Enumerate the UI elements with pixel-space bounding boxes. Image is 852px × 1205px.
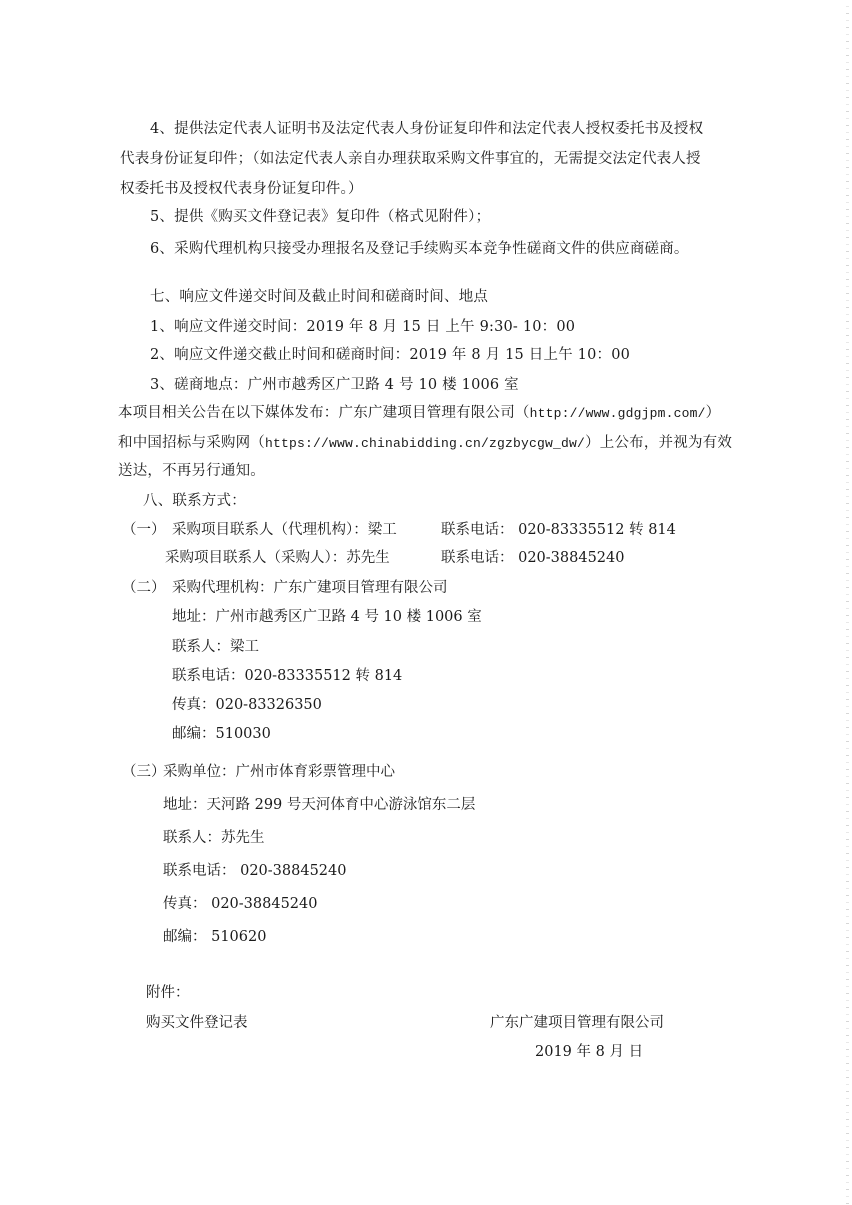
section-8-title: 八、联系方式：: [143, 492, 246, 510]
agency-contact: 联系人：梁工: [172, 638, 259, 656]
item-4-line-2: 代表身份证复印件；（如法定代表人亲自办理获取采购文件事宜的，无需提交法定代表人授: [120, 150, 701, 168]
agency-postcode: 邮编：510030: [172, 725, 271, 743]
group-2-label: （二）: [122, 579, 166, 597]
section-7-title: 七、响应文件递交时间及截止时间和磋商时间、地点: [150, 288, 488, 306]
section-7-item-3: 3、磋商地点：广州市越秀区广卫路 4 号 10 楼 1006 室: [150, 376, 519, 394]
gdgjpm-url-link[interactable]: http://www.gdgjpm.com/: [530, 406, 706, 421]
buyer-unit-fax: 传真： 020-38845240: [163, 895, 318, 913]
agency-address: 地址：广州市越秀区广卫路 4 号 10 楼 1006 室: [172, 608, 482, 626]
agency-title: 采购代理机构：广东广建项目管理有限公司: [172, 579, 448, 597]
agency-phone: 联系电话：020-83335512 转 814: [172, 667, 402, 685]
buyer-unit-phone: 联系电话： 020-38845240: [163, 862, 347, 880]
issuer-name: 广东广建项目管理有限公司: [490, 1014, 664, 1032]
item-6: 6、采购代理机构只接受办理报名及登记手续购买本竞争性磋商文件的供应商磋商。: [150, 240, 689, 258]
publication-line-3: 送达，不再另行通知。: [118, 462, 265, 480]
agency-fax: 传真：020-83326350: [172, 696, 322, 714]
buyer-contact: 采购项目联系人（采购人）：苏先生: [165, 549, 390, 567]
group-3-label: （三）: [122, 763, 166, 781]
scan-edge-artifact: [846, 0, 849, 1205]
publication-line-2: 和中国招标与采购网（https://www.chinabidding.cn/zg…: [118, 434, 732, 453]
item-5: 5、提供《购买文件登记表》复印件（格式见附件）；: [150, 208, 490, 226]
buyer-unit-contact: 联系人：苏先生: [163, 829, 265, 847]
buyer-phone: 联系电话： 020-38845240: [441, 549, 625, 567]
agent-phone: 联系电话： 020-83335512 转 814: [441, 521, 676, 539]
publication-line-2-text: 和中国招标与采购网（: [118, 435, 265, 451]
publication-line-1-text: 本项目相关公告在以下媒体发布：广东广建项目管理有限公司（: [118, 405, 530, 421]
section-7-item-1: 1、响应文件递交时间：2019 年 8 月 15 日 上午 9:30- 10：0…: [150, 318, 575, 336]
document-page: 4、提供法定代表人证明书及法定代表人身份证复印件和法定代表人授权委托书及授权 代…: [0, 0, 852, 1205]
section-7-item-2: 2、响应文件递交截止时间和磋商时间：2019 年 8 月 15 日上午 10：0…: [150, 346, 630, 364]
issue-date: 2019 年 8 月 日: [535, 1043, 643, 1061]
publication-line-2-end: ）上公布，并视为有效: [585, 435, 732, 451]
chinabidding-url-link[interactable]: https://www.chinabidding.cn/zgzbycgw_dw/: [265, 436, 585, 451]
buyer-unit-address: 地址：天河路 299 号天河体育中心游泳馆东二层: [163, 796, 475, 814]
attachment-label: 附件：: [146, 984, 190, 1002]
buyer-unit-title: 采购单位：广州市体育彩票管理中心: [163, 763, 395, 781]
buyer-unit-postcode: 邮编： 510620: [163, 928, 266, 946]
publication-line-1: 本项目相关公告在以下媒体发布：广东广建项目管理有限公司（http://www.g…: [118, 404, 720, 423]
item-4-line-3: 权委托书及授权代表身份证复印件。）: [120, 180, 363, 198]
group-1-label: （一）: [122, 521, 166, 539]
item-4-line-1: 4、提供法定代表人证明书及法定代表人身份证复印件和法定代表人授权委托书及授权: [150, 120, 703, 138]
publication-line-1-end: ）: [706, 405, 721, 421]
attachment-name: 购买文件登记表: [146, 1014, 248, 1032]
agent-contact: 采购项目联系人（代理机构）：梁工: [172, 521, 397, 539]
